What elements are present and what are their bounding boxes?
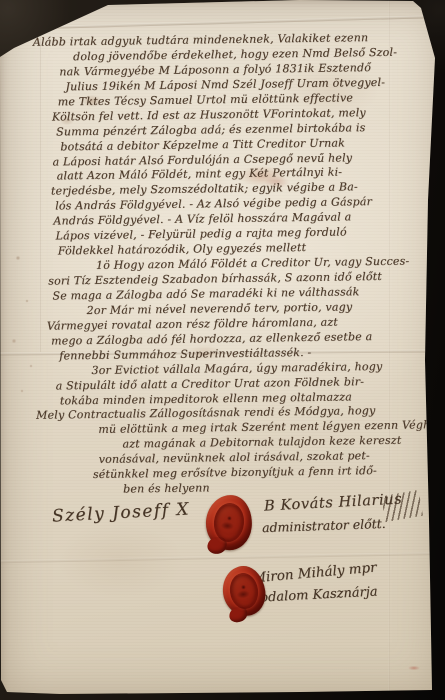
contract-body-text: Alább irtak adgyuk tudtára mindeneknek, … xyxy=(31,30,435,499)
signature-witness1-title: administrator előtt. xyxy=(262,516,386,535)
paper-fold-line xyxy=(0,15,445,31)
scanned-manuscript-photo: Alább irtak adgyuk tudtára mindeneknek, … xyxy=(0,0,445,700)
signature-flourish xyxy=(381,490,423,522)
manuscript-page: Alább irtak adgyuk tudtára mindeneknek, … xyxy=(0,0,445,700)
paper-fold-line xyxy=(0,552,445,564)
red-wax-seal-upper xyxy=(203,493,254,553)
signature-witness2-name: Miron Mihály mpr xyxy=(252,560,378,587)
signature-debtor: Szély Joseff X xyxy=(52,499,191,526)
